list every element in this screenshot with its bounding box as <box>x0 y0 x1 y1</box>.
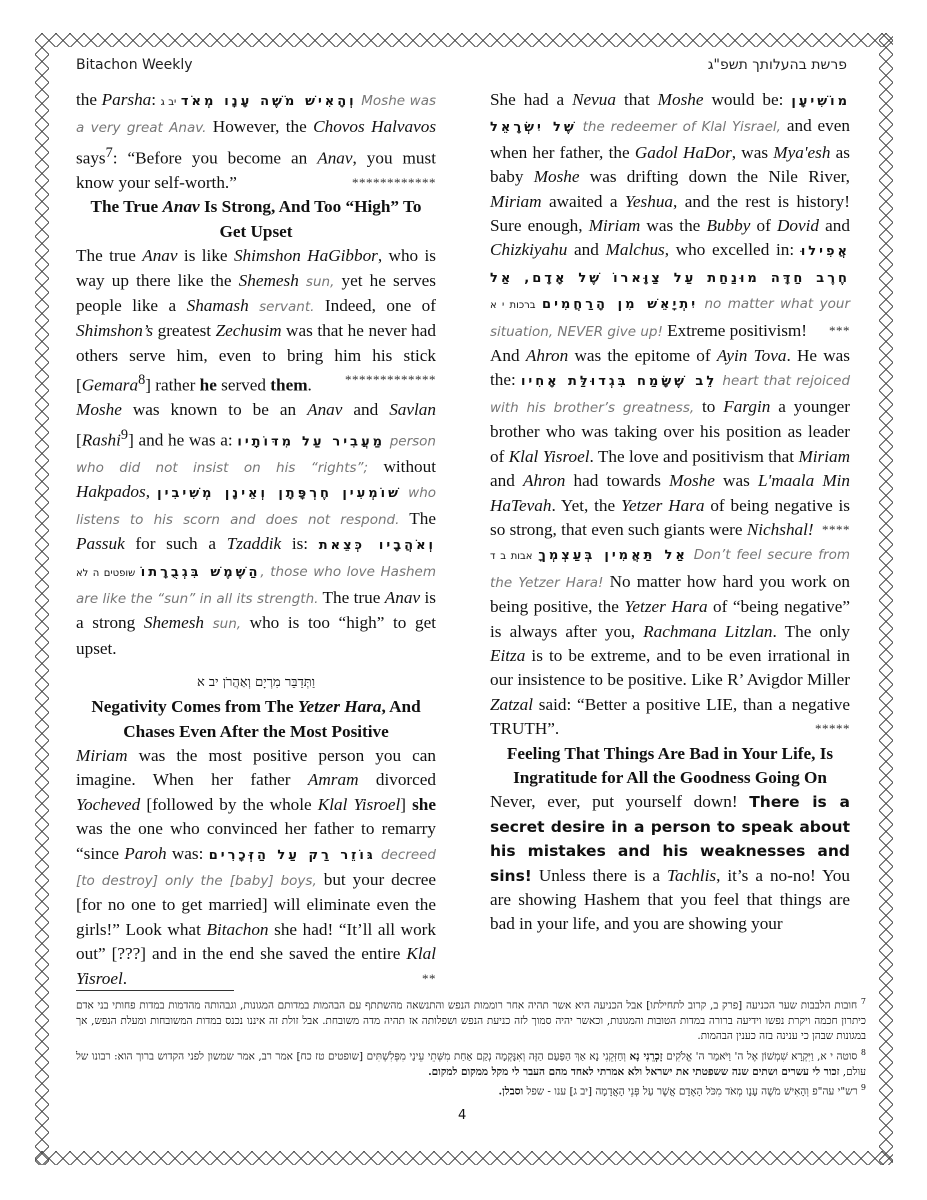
paragraph: She had a Nevua that Moshe would be: מוֹ… <box>490 88 850 344</box>
source-ref: אבות ב ד <box>490 551 532 562</box>
paragraph: And Ahron was the epitome of Ayin Tova. … <box>490 344 850 542</box>
paragraph: the Parsha: וְהָאִישׁ מֹשֶׁה עָנָו מְאֹד… <box>76 88 436 195</box>
border-left <box>35 33 49 1165</box>
footnote-7: 7 חובות הלבבות שער הכניעה [פרק ב, קרוב ל… <box>76 994 866 1045</box>
hebrew-quote: מַעֲבִיר עַל מִדּוֹתָיו <box>237 434 385 449</box>
section-divider: ************* <box>345 368 436 392</box>
hebrew-quote: שׁוֹמְעִין חֶרְפָּתָן וְאֵינָן מְשִׁיבִי… <box>157 486 401 501</box>
hebrew-quote: גּוֹזֵר רַק עַל הַזְּכָרִים <box>209 848 376 863</box>
header-parsha: פרשת בהעלותך תשפ"ג <box>708 57 847 73</box>
section-heading: Feeling That Things Are Bad in Your Life… <box>490 742 850 791</box>
hebrew-verse-heading: וַתְּדַבֵּר מִרְיָם וְאַהֲרֹן יב א <box>76 671 436 695</box>
border-top <box>35 33 893 47</box>
section-divider: ************ <box>352 171 436 195</box>
paragraph: Moshe was known to be an Anav and Savlan… <box>76 398 436 661</box>
section-divider: *** <box>829 319 850 343</box>
footnote-8: 8 סוטה י א, וַיִּקְרָא שִׁמְשׁוֹן אֶל ה'… <box>76 1045 866 1080</box>
left-column: the Parsha: וְהָאִישׁ מֹשֶׁה עָנָו מְאֹד… <box>76 88 436 991</box>
section-heading: Negativity Comes from The Yetzer Hara, A… <box>76 695 436 744</box>
border-right <box>879 33 893 1165</box>
section-divider: **** <box>822 518 850 542</box>
footnote-ref[interactable]: 7 <box>106 145 113 161</box>
border-bottom <box>35 1151 893 1165</box>
page-number: 4 <box>458 1108 466 1123</box>
source-ref: שופטים ה לא <box>76 568 135 579</box>
paragraph: The true Anav is like Shimshon HaGibbor,… <box>76 244 436 398</box>
footnote-separator <box>76 990 234 991</box>
source-ref: ברכות י א <box>490 300 536 311</box>
paragraph: אַל תַּאֲמִין בְּעַצְמְךָ אבות ב ד Don’t… <box>490 542 850 741</box>
right-column: She had a Nevua that Moshe would be: מוֹ… <box>490 88 850 937</box>
paragraph: Miriam was the most positive person you … <box>76 744 436 991</box>
section-heading: The True Anav Is Strong, And Too “High” … <box>76 195 436 244</box>
paragraph: Never, ever, put yourself down! There is… <box>490 790 850 936</box>
hebrew-quote: אַל תַּאֲמִין בְּעַצְמְךָ <box>538 548 688 563</box>
source-ref: יב ג <box>161 97 177 108</box>
section-divider: ** <box>422 967 436 991</box>
section-divider: ***** <box>815 717 850 741</box>
translation: the redeemer of Klal Yisrael, <box>583 119 781 135</box>
hebrew-quote: לֵב שֶׁשָּׂמַח בִּגְדוּלַּת אָחִיו <box>521 374 717 389</box>
header-title: Bitachon Weekly <box>76 57 193 73</box>
footnote-9: 9 רש"י עה"פ וְהָאִישׁ מֹשֶׁה עָנָו מְאֹד… <box>76 1080 866 1100</box>
footnote-ref[interactable]: 9 <box>121 427 128 443</box>
hebrew-quote: וְהָאִישׁ מֹשֶׁה עָנָו מְאֹד <box>181 94 357 109</box>
footnotes: 7 חובות הלבבות שער הכניעה [פרק ב, קרוב ל… <box>76 994 866 1100</box>
